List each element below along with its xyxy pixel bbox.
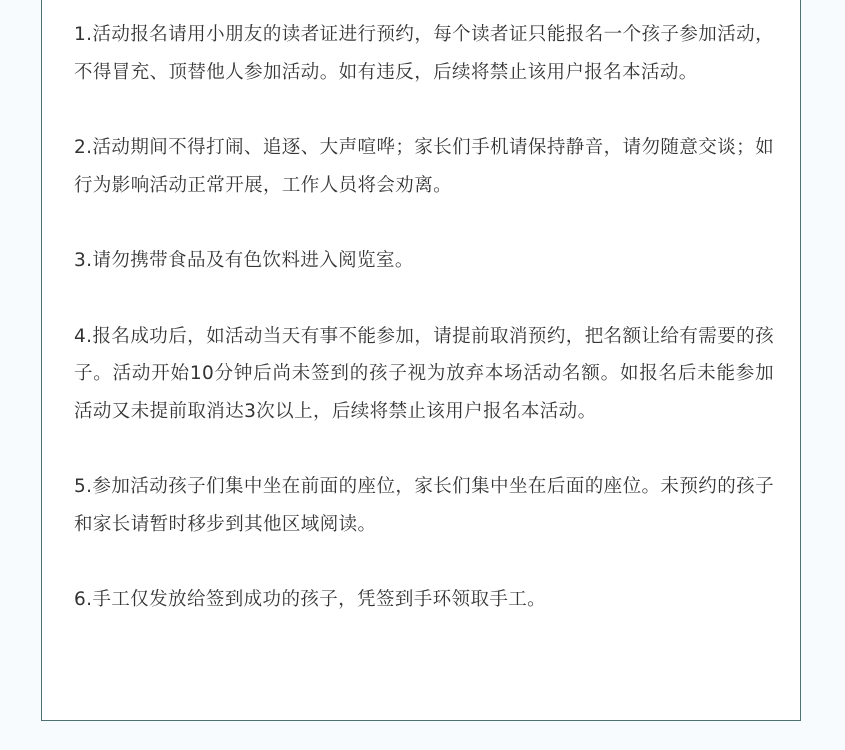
rule-4: 4.报名成功后，如活动当天有事不能参加，请提前取消预约，把名额让给有需要的孩子。… (74, 318, 774, 431)
rule-2: 2.活动期间不得打闹、追逐、大声喧哗；家长们手机请保持静音，请勿随意交谈；如行为… (74, 129, 774, 204)
rules-list: 1.活动报名请用小朋友的读者证进行预约，每个读者证只能报名一个孩子参加活动，不得… (74, 16, 774, 657)
rule-5: 5.参加活动孩子们集中坐在前面的座位，家长们集中坐在后面的座位。未预约的孩子和家… (74, 468, 774, 543)
activity-rules-box: 1.活动报名请用小朋友的读者证进行预约，每个读者证只能报名一个孩子参加活动，不得… (41, 0, 801, 721)
rule-6: 6.手工仅发放给签到成功的孩子，凭签到手环领取手工。 (74, 581, 774, 619)
rule-3: 3.请勿携带食品及有色饮料进入阅览室。 (74, 242, 774, 280)
rule-1: 1.活动报名请用小朋友的读者证进行预约，每个读者证只能报名一个孩子参加活动，不得… (74, 16, 774, 91)
